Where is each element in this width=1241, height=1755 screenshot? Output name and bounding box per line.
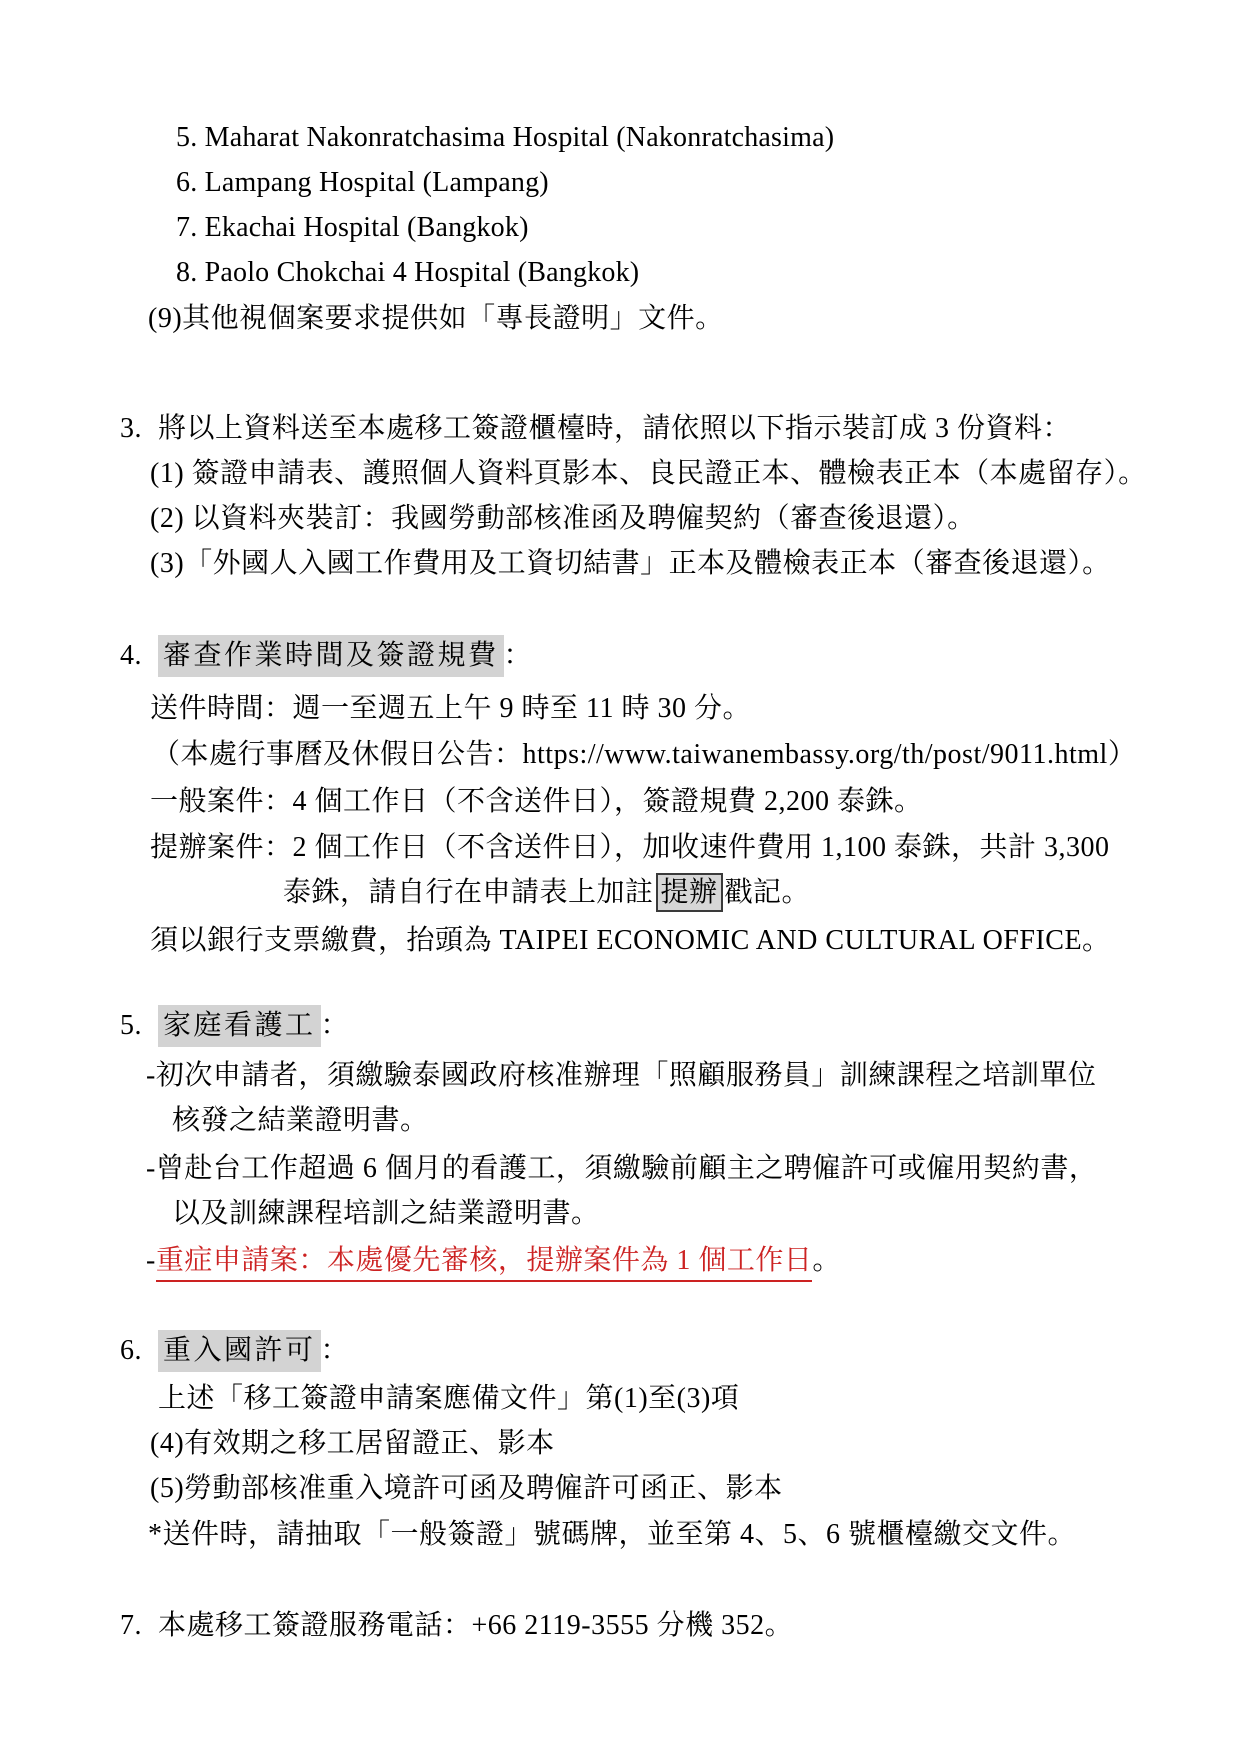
calendar-note-suffix: ） xyxy=(1108,739,1137,770)
reentry-note-line: *送件時，請抽取「一般簽證」號碼牌，並至第 4、5、6 號櫃檯繳交文件。 xyxy=(148,1513,1076,1557)
express-case-line-2-before: 泰銖，請自行在申請表上加註 xyxy=(283,877,654,908)
section-6-heading: 6.重入國許可： xyxy=(120,1329,349,1373)
reentry-line-1: 上述「移工簽證申請案應備文件」第(1)至(3)項 xyxy=(158,1377,739,1421)
section-4-heading-highlight: 審查作業時間及簽證規費 xyxy=(158,635,504,677)
section-4-heading: 4.審查作業時間及簽證規費： xyxy=(120,634,532,678)
reentry-line-3: (5)勞動部核准重入境許可函及聘僱許可函正、影本 xyxy=(150,1467,783,1511)
submission-time-line: 送件時間：週一至週五上午 9 時至 11 時 30 分。 xyxy=(150,687,751,731)
section-6-heading-colon: ： xyxy=(321,1335,350,1366)
express-case-line-1: 提辦案件：2 個工作日（不含送件日），加收速件費用 1,100 泰銖，共計 3,… xyxy=(150,826,1110,870)
section-7-number: 7. xyxy=(120,1604,158,1648)
section-6-heading-highlight: 重入國許可 xyxy=(158,1330,321,1372)
section-5-heading-highlight: 家庭看護工 xyxy=(158,1005,321,1047)
section-3-heading-text: 將以上資料送至本處移工簽證櫃檯時，請依照以下指示裝訂成 3 份資料： xyxy=(158,413,1071,444)
section-3-item-1: (1) 簽證申請表、護照個人資料頁影本、良民證正本、體檢表正本（本處留存）。 xyxy=(150,452,1147,496)
express-stamp-box: 提辦 xyxy=(656,873,723,912)
payment-note-line: 須以銀行支票繳費，抬頭為 TAIPEI ECONOMIC AND CULTURA… xyxy=(150,919,1111,963)
severe-case-red-text: 重症申請案：本處優先審核，提辦案件為 1 個工作日 xyxy=(156,1245,813,1282)
section-3-heading: 3.將以上資料送至本處移工簽證櫃檯時，請依照以下指示裝訂成 3 份資料： xyxy=(120,407,1071,451)
hospital-list-item: 7. Ekachai Hospital (Bangkok) xyxy=(176,206,529,250)
reentry-line-2: (4)有效期之移工居留證正、影本 xyxy=(150,1422,555,1466)
severe-case-period: 。 xyxy=(812,1245,841,1276)
express-case-line-2-after: 戳記。 xyxy=(725,877,811,908)
calendar-url-link[interactable]: https://www.taiwanembassy.org/th/post/90… xyxy=(523,739,1108,770)
express-case-line-2: 泰銖，請自行在申請表上加註提辦戳記。 xyxy=(283,871,810,915)
document-item-9: (9)其他視個案要求提供如「專長證明」文件。 xyxy=(148,297,724,341)
section-5-heading-colon: ： xyxy=(321,1010,350,1041)
section-4-heading-colon: ： xyxy=(504,640,533,671)
section-6-number: 6. xyxy=(120,1329,158,1373)
section-3-number: 3. xyxy=(120,407,158,451)
service-phone-text: 本處移工簽證服務電話：+66 2119-3555 分機 352。 xyxy=(158,1610,793,1641)
experienced-worker-line-1: -曾赴台工作超過 6 個月的看護工，須繳驗前顧主之聘僱許可或僱用契約書， xyxy=(146,1147,1097,1191)
hospital-list-item: 8. Paolo Chokchai 4 Hospital (Bangkok) xyxy=(176,251,639,295)
calendar-note-prefix: （本處行事曆及休假日公告： xyxy=(152,739,523,770)
document-page: 5. Maharat Nakonratchasima Hospital (Nak… xyxy=(0,0,1241,1755)
general-case-line: 一般案件：4 個工作日（不含送件日），簽證規費 2,200 泰銖。 xyxy=(150,780,923,824)
section-3-item-2: (2) 以資料夾裝訂：我國勞動部核准函及聘僱契約（審查後退還）。 xyxy=(150,497,976,541)
first-time-applicant-line-2: 核發之結業證明書。 xyxy=(172,1099,429,1143)
severe-case-line: -重症申請案：本處優先審核，提辦案件為 1 個工作日。 xyxy=(146,1239,841,1283)
section-4-number: 4. xyxy=(120,634,158,678)
calendar-note-line: （本處行事曆及休假日公告：https://www.taiwanembassy.o… xyxy=(152,733,1136,777)
first-time-applicant-line-1: -初次申請者，須繳驗泰國政府核准辦理「照顧服務員」訓練課程之培訓單位 xyxy=(146,1054,1096,1098)
section-7-line: 7.本處移工簽證服務電話：+66 2119-3555 分機 352。 xyxy=(120,1604,793,1648)
section-5-heading: 5.家庭看護工： xyxy=(120,1004,349,1048)
section-5-number: 5. xyxy=(120,1004,158,1048)
hospital-list-item: 6. Lampang Hospital (Lampang) xyxy=(176,161,549,205)
hospital-list-item: 5. Maharat Nakonratchasima Hospital (Nak… xyxy=(176,116,834,160)
experienced-worker-line-2: 以及訓練課程培訓之結業證明書。 xyxy=(172,1192,600,1236)
section-3-item-3: (3)「外國人入國工作費用及工資切結書」正本及體檢表正本（審查後退還）。 xyxy=(150,542,1111,586)
severe-case-dash: - xyxy=(146,1245,156,1276)
